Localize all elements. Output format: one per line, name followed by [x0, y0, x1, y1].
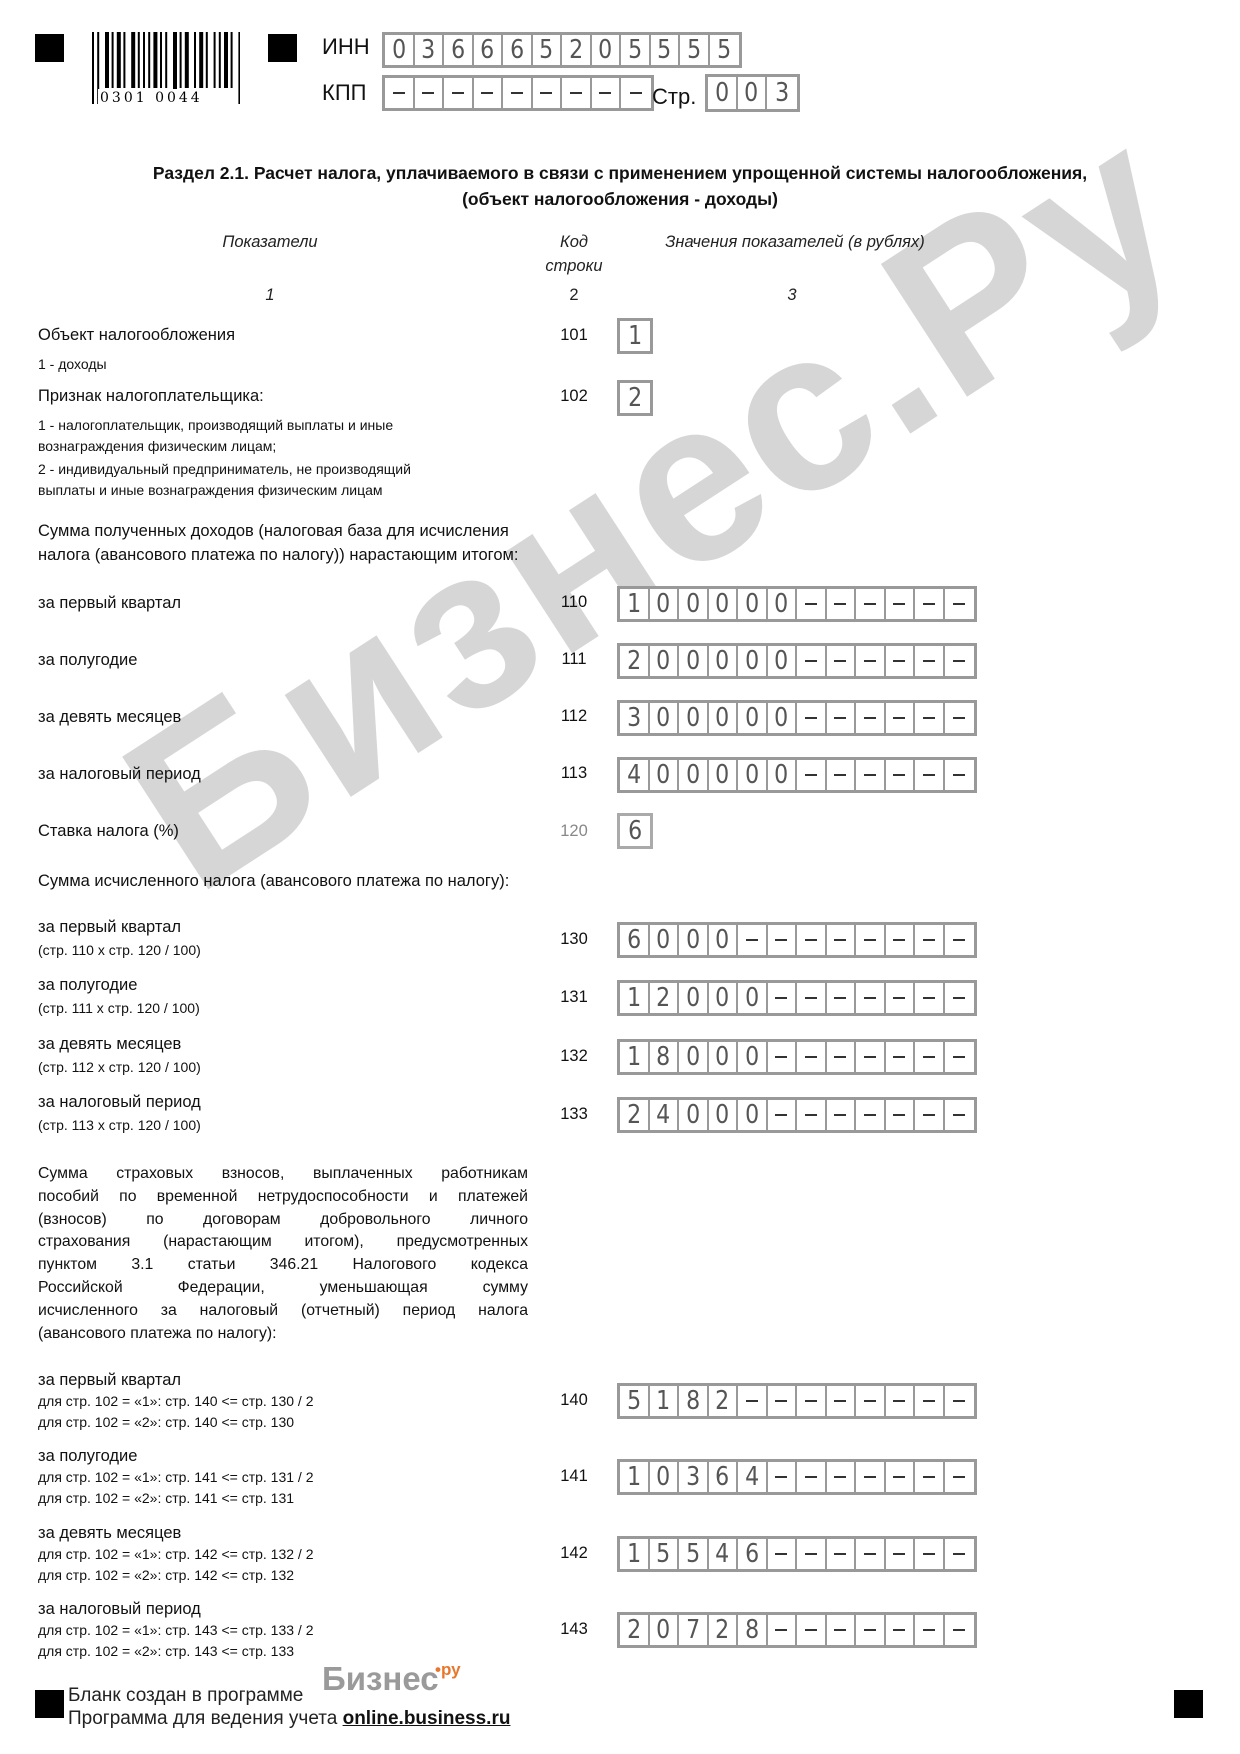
digit-cell [856, 1539, 886, 1569]
digit-cell [856, 760, 886, 790]
digit-cell: 1 [620, 1539, 650, 1569]
digit-cell [945, 760, 975, 790]
digit-cell [886, 1386, 916, 1416]
digit-cell: 5 [680, 35, 710, 65]
row-133-value-field[interactable]: 24000 [617, 1097, 977, 1133]
row-131-value-field[interactable]: 12000 [617, 980, 977, 1016]
digit-cell: 5 [533, 35, 563, 65]
insurance-heading-line: Сумма страховых взносов, выплаченных раб… [38, 1163, 528, 1186]
row-110-code: 110 [548, 593, 600, 612]
row-130-label: за первый квартал [38, 918, 181, 937]
digit-cell: 4 [620, 760, 650, 790]
row-141-code: 141 [548, 1467, 600, 1486]
digit-cell: 0 [650, 589, 680, 619]
digit-cell [886, 646, 916, 676]
digit-cell: 0 [709, 703, 739, 733]
row-102-note-4: выплаты и иные вознаграждения физическим… [38, 482, 383, 498]
digit-cell [592, 78, 622, 108]
digit-cell: 0 [738, 77, 768, 109]
digit-cell: 8 [738, 1615, 768, 1645]
digit-cell [856, 1615, 886, 1645]
digit-cell [915, 1462, 945, 1492]
row-143-value-field[interactable]: 20728 [617, 1612, 977, 1648]
income-heading-2: налога (авансового платежа по налогу)) н… [38, 546, 518, 565]
digit-cell [915, 703, 945, 733]
digit-cell: 0 [709, 646, 739, 676]
digit-cell [827, 760, 857, 790]
insurance-heading-line: пособий по временной нетрудоспособности … [38, 1186, 528, 1209]
row-140-label: за первый квартал [38, 1371, 181, 1390]
business-ru-logo: Бизнес [322, 1660, 439, 1698]
inn-field[interactable]: 036665205555 [382, 32, 742, 68]
digit-cell: 8 [650, 1042, 680, 1072]
row-112-label: за девять месяцев [38, 708, 181, 727]
digit-cell: 2 [650, 983, 680, 1013]
digit-cell [797, 760, 827, 790]
inn-label: ИНН [322, 34, 370, 60]
svg-text:0301 0044: 0301 0044 [100, 90, 203, 104]
row-102-code: 102 [548, 387, 600, 406]
digit-cell: 3 [679, 1462, 709, 1492]
digit-cell [797, 703, 827, 733]
digit-cell: 4 [709, 1539, 739, 1569]
row-102-note-2: вознаграждения физическим лицам; [38, 438, 276, 454]
digit-cell [886, 589, 916, 619]
digit-cell: 5 [650, 1539, 680, 1569]
digit-cell: 0 [738, 703, 768, 733]
digit-cell [856, 589, 886, 619]
digit-cell: 0 [738, 983, 768, 1013]
digit-cell [827, 925, 857, 955]
digit-cell: 2 [620, 646, 650, 676]
digit-cell [415, 78, 445, 108]
insurance-heading-line: страхования (нарастающим итогом), предус… [38, 1231, 528, 1254]
footer-program-line: Программа для ведения учета online.busin… [68, 1708, 510, 1730]
row-140-code: 140 [548, 1391, 600, 1410]
digit-cell: 0 [709, 589, 739, 619]
row-101-note: 1 - доходы [38, 356, 107, 372]
digit-cell: 0 [738, 589, 768, 619]
digit-cell [915, 1539, 945, 1569]
digit-cell: 0 [709, 983, 739, 1013]
digit-cell: 0 [679, 646, 709, 676]
digit-cell [856, 1462, 886, 1492]
digit-cell [886, 925, 916, 955]
digit-cell [797, 1539, 827, 1569]
row-143-code: 143 [548, 1620, 600, 1639]
digit-cell: 0 [709, 760, 739, 790]
digit-cell: 6 [503, 35, 533, 65]
digit-cell: 5 [621, 35, 651, 65]
row-141-condition-1: для стр. 102 = «1»: стр. 141 <= стр. 131… [38, 1469, 314, 1485]
digit-cell: 0 [738, 646, 768, 676]
row-142-value-field[interactable]: 15546 [617, 1536, 977, 1572]
digit-cell: 0 [679, 703, 709, 733]
row-113-value-field[interactable]: 400000 [617, 757, 977, 793]
row-143-condition-1: для стр. 102 = «1»: стр. 143 <= стр. 133… [38, 1622, 314, 1638]
corner-marker-top-center [268, 34, 297, 62]
business-ru-logo-suffix: •ру [435, 1660, 461, 1680]
digit-cell [886, 703, 916, 733]
digit-cell: 6 [709, 1462, 739, 1492]
digit-cell: 0 [679, 760, 709, 790]
row-132-code: 132 [548, 1047, 600, 1066]
row-141-value-field[interactable]: 10364 [617, 1459, 977, 1495]
row-142-condition-1: для стр. 102 = «1»: стр. 142 <= стр. 132… [38, 1546, 314, 1562]
digit-cell [827, 589, 857, 619]
digit-cell [945, 1539, 975, 1569]
row-143-condition-2: для стр. 102 = «2»: стр. 143 <= стр. 133 [38, 1643, 294, 1659]
page-number-field[interactable]: 003 [705, 74, 800, 112]
kpp-field[interactable] [382, 75, 654, 111]
row-142-label: за девять месяцев [38, 1524, 181, 1543]
digit-cell: 0 [592, 35, 622, 65]
digit-cell: 5 [679, 1539, 709, 1569]
digit-cell [856, 1386, 886, 1416]
row-111-value-field[interactable]: 200000 [617, 643, 977, 679]
digit-cell [621, 78, 651, 108]
column-header-code: Код [530, 233, 618, 252]
digit-cell: 3 [415, 35, 445, 65]
digit-cell [768, 925, 798, 955]
row-120-label: Ставка налога (%) [38, 822, 179, 841]
footer-link[interactable]: online.business.ru [343, 1708, 511, 1729]
digit-cell: 0 [768, 703, 798, 733]
digit-cell: 4 [650, 1100, 680, 1130]
digit-cell [915, 925, 945, 955]
digit-cell [827, 1462, 857, 1492]
row-143-label: за налоговый период [38, 1600, 201, 1619]
column-header-code-line2: строки [530, 257, 618, 276]
digit-cell [915, 1100, 945, 1130]
digit-cell [768, 1042, 798, 1072]
digit-cell [738, 1386, 768, 1416]
digit-cell: 1 [620, 589, 650, 619]
digit-cell [886, 760, 916, 790]
insurance-heading-line: (авансового платежа по налогу): [38, 1323, 528, 1346]
column-number-3: 3 [772, 286, 812, 305]
row-113-code: 113 [548, 764, 600, 783]
digit-cell [444, 78, 474, 108]
row-140-value-field[interactable]: 5182 [617, 1383, 977, 1419]
digit-cell: 5 [710, 35, 740, 65]
digit-cell [886, 1462, 916, 1492]
digit-cell [945, 1100, 975, 1130]
row-132-label: за девять месяцев [38, 1035, 181, 1054]
digit-cell [856, 925, 886, 955]
digit-cell [827, 1042, 857, 1072]
section-subtitle: (объект налогообложения - доходы) [60, 186, 1180, 212]
digit-cell: 0 [709, 925, 739, 955]
row-141-label: за полугодие [38, 1447, 137, 1466]
barcode-icon: 0301 0044 [90, 32, 240, 104]
digit-cell [533, 78, 563, 108]
row-130-code: 130 [548, 930, 600, 949]
row-141-condition-2: для стр. 102 = «2»: стр. 141 <= стр. 131 [38, 1490, 294, 1506]
digit-cell: 0 [650, 760, 680, 790]
insurance-heading-line: Российской Федерации, уменьшающая сумму [38, 1277, 528, 1300]
row-120-value-field[interactable]: 6 [617, 813, 653, 849]
digit-cell [797, 1100, 827, 1130]
digit-cell [797, 1615, 827, 1645]
digit-cell: 0 [738, 1042, 768, 1072]
digit-cell [915, 1615, 945, 1645]
row-130-value-field[interactable]: 6000 [617, 922, 977, 958]
digit-cell [915, 760, 945, 790]
tax-heading: Сумма исчисленного налога (авансового пл… [38, 872, 509, 891]
row-140-condition-2: для стр. 102 = «2»: стр. 140 <= стр. 130 [38, 1414, 294, 1430]
row-101-value-field[interactable]: 1 [617, 318, 653, 354]
digit-cell: 2 [620, 1100, 650, 1130]
digit-cell [886, 983, 916, 1013]
digit-cell [856, 983, 886, 1013]
row-133-label: за налоговый период [38, 1093, 201, 1112]
digit-cell [768, 1462, 798, 1492]
digit-cell [797, 983, 827, 1013]
digit-cell: 0 [650, 1615, 680, 1645]
row-101-label: Объект налогообложения [38, 326, 235, 345]
corner-marker-bottom-right [1174, 1690, 1203, 1718]
digit-cell: 6 [738, 1539, 768, 1569]
digit-cell [886, 1615, 916, 1645]
digit-cell: 2 [709, 1615, 739, 1645]
digit-cell: 0 [650, 646, 680, 676]
digit-cell [474, 78, 504, 108]
row-102-value-field[interactable]: 2 [617, 380, 653, 416]
digit-cell [768, 1100, 798, 1130]
digit-cell [797, 1042, 827, 1072]
digit-cell [945, 1615, 975, 1645]
barcode: 0301 0044 [90, 32, 240, 104]
row-131-label: за полугодие [38, 976, 137, 995]
row-110-value-field[interactable]: 100000 [617, 586, 977, 622]
digit-cell: 8 [679, 1386, 709, 1416]
row-133-code: 133 [548, 1105, 600, 1124]
digit-cell [856, 646, 886, 676]
digit-cell: 3 [620, 703, 650, 733]
column-header-indicators: Показатели [170, 233, 370, 252]
digit-cell: 1 [620, 1462, 650, 1492]
digit-cell [503, 78, 533, 108]
digit-cell: 0 [768, 589, 798, 619]
digit-cell [827, 1615, 857, 1645]
row-101-code: 101 [548, 326, 600, 345]
digit-cell [797, 646, 827, 676]
row-130-formula: (стр. 110 х стр. 120 / 100) [38, 942, 201, 958]
row-110-label: за первый квартал [38, 594, 181, 613]
footer-program-text: Программа для ведения учета [68, 1708, 337, 1729]
digit-cell: 0 [679, 983, 709, 1013]
digit-cell [856, 703, 886, 733]
digit-cell [562, 78, 592, 108]
digit-cell [768, 1386, 798, 1416]
digit-cell [738, 925, 768, 955]
row-111-label: за полугодие [38, 651, 137, 670]
row-113-label: за налоговый период [38, 765, 201, 784]
income-heading-1: Сумма полученных доходов (налоговая база… [38, 522, 509, 541]
row-111-code: 111 [548, 650, 600, 669]
digit-cell [915, 1386, 945, 1416]
digit-cell: 0 [738, 1100, 768, 1130]
digit-cell [886, 1100, 916, 1130]
digit-cell: 0 [709, 1100, 739, 1130]
digit-cell: 0 [768, 646, 798, 676]
digit-cell [768, 1539, 798, 1569]
digit-cell [797, 589, 827, 619]
digit-cell [915, 589, 945, 619]
digit-cell: 5 [620, 1386, 650, 1416]
digit-cell [915, 983, 945, 1013]
insurance-heading-line: исчисленного за налоговый (отчетный) пер… [38, 1300, 528, 1323]
row-102-note-3: 2 - индивидуальный предприниматель, не п… [38, 461, 411, 477]
row-120-code: 120 [548, 822, 600, 841]
digit-cell [797, 925, 827, 955]
corner-marker-bottom-left [35, 1690, 64, 1718]
digit-cell [945, 1462, 975, 1492]
digit-cell [827, 703, 857, 733]
digit-cell: 0 [679, 1042, 709, 1072]
digit-cell [945, 983, 975, 1013]
digit-cell: 1 [620, 321, 650, 351]
row-131-code: 131 [548, 988, 600, 1007]
digit-cell [827, 1100, 857, 1130]
digit-cell [886, 1042, 916, 1072]
digit-cell [915, 1042, 945, 1072]
digit-cell [827, 983, 857, 1013]
digit-cell [768, 983, 798, 1013]
digit-cell: 2 [709, 1386, 739, 1416]
digit-cell: 0 [679, 925, 709, 955]
digit-cell: 2 [620, 1615, 650, 1645]
digit-cell [827, 1386, 857, 1416]
digit-cell: 6 [620, 925, 650, 955]
digit-cell: 4 [738, 1462, 768, 1492]
digit-cell: 0 [650, 925, 680, 955]
digit-cell [915, 646, 945, 676]
row-112-value-field[interactable]: 300000 [617, 700, 977, 736]
page-label: Стр. [652, 84, 696, 110]
digit-cell: 5 [651, 35, 681, 65]
row-102-label: Признак налогоплательщика: [38, 387, 264, 406]
digit-cell: 1 [620, 1042, 650, 1072]
digit-cell [797, 1462, 827, 1492]
row-142-code: 142 [548, 1544, 600, 1563]
digit-cell [945, 646, 975, 676]
section-title: Раздел 2.1. Расчет налога, уплачиваемого… [60, 160, 1180, 186]
digit-cell [385, 78, 415, 108]
digit-cell: 6 [474, 35, 504, 65]
digit-cell: 6 [444, 35, 474, 65]
digit-cell [797, 1386, 827, 1416]
digit-cell [827, 646, 857, 676]
digit-cell: 3 [767, 77, 797, 109]
footer-created-text: Бланк создан в программе [68, 1685, 303, 1707]
digit-cell [945, 1042, 975, 1072]
digit-cell: 0 [709, 1042, 739, 1072]
insurance-heading-line: (взносов) по договорам добровольного лич… [38, 1209, 528, 1232]
digit-cell [827, 1539, 857, 1569]
row-140-condition-1: для стр. 102 = «1»: стр. 140 <= стр. 130… [38, 1393, 314, 1409]
digit-cell [886, 1539, 916, 1569]
digit-cell [945, 703, 975, 733]
digit-cell: 7 [679, 1615, 709, 1645]
row-132-value-field[interactable]: 18000 [617, 1039, 977, 1075]
column-header-values: Значения показателей (в рублях) [630, 233, 960, 252]
digit-cell: 0 [650, 1462, 680, 1492]
digit-cell: 0 [768, 760, 798, 790]
digit-cell: 6 [620, 816, 650, 846]
digit-cell [945, 925, 975, 955]
row-112-code: 112 [548, 707, 600, 726]
digit-cell [856, 1042, 886, 1072]
row-102-note-1: 1 - налогоплательщик, производящий выпла… [38, 417, 393, 433]
digit-cell: 0 [650, 703, 680, 733]
column-number-2: 2 [554, 286, 594, 305]
column-number-1: 1 [250, 286, 290, 305]
row-133-formula: (стр. 113 х стр. 120 / 100) [38, 1117, 201, 1133]
row-131-formula: (стр. 111 х стр. 120 / 100) [38, 1000, 200, 1016]
digit-cell: 0 [679, 1100, 709, 1130]
digit-cell: 0 [385, 35, 415, 65]
digit-cell: 1 [620, 983, 650, 1013]
digit-cell [945, 1386, 975, 1416]
row-142-condition-2: для стр. 102 = «2»: стр. 142 <= стр. 132 [38, 1567, 294, 1583]
digit-cell: 2 [562, 35, 592, 65]
digit-cell [945, 589, 975, 619]
row-132-formula: (стр. 112 х стр. 120 / 100) [38, 1059, 201, 1075]
insurance-heading-line: пунктом 3.1 статьи 346.21 Налогового код… [38, 1254, 528, 1277]
digit-cell: 0 [708, 77, 738, 109]
corner-marker-top-left [35, 34, 64, 62]
digit-cell: 0 [738, 760, 768, 790]
digit-cell [768, 1615, 798, 1645]
digit-cell [856, 1100, 886, 1130]
digit-cell: 1 [650, 1386, 680, 1416]
digit-cell: 2 [620, 383, 650, 413]
insurance-heading: Сумма страховых взносов, выплаченных раб… [38, 1163, 528, 1345]
digit-cell: 0 [679, 589, 709, 619]
kpp-label: КПП [322, 80, 366, 106]
